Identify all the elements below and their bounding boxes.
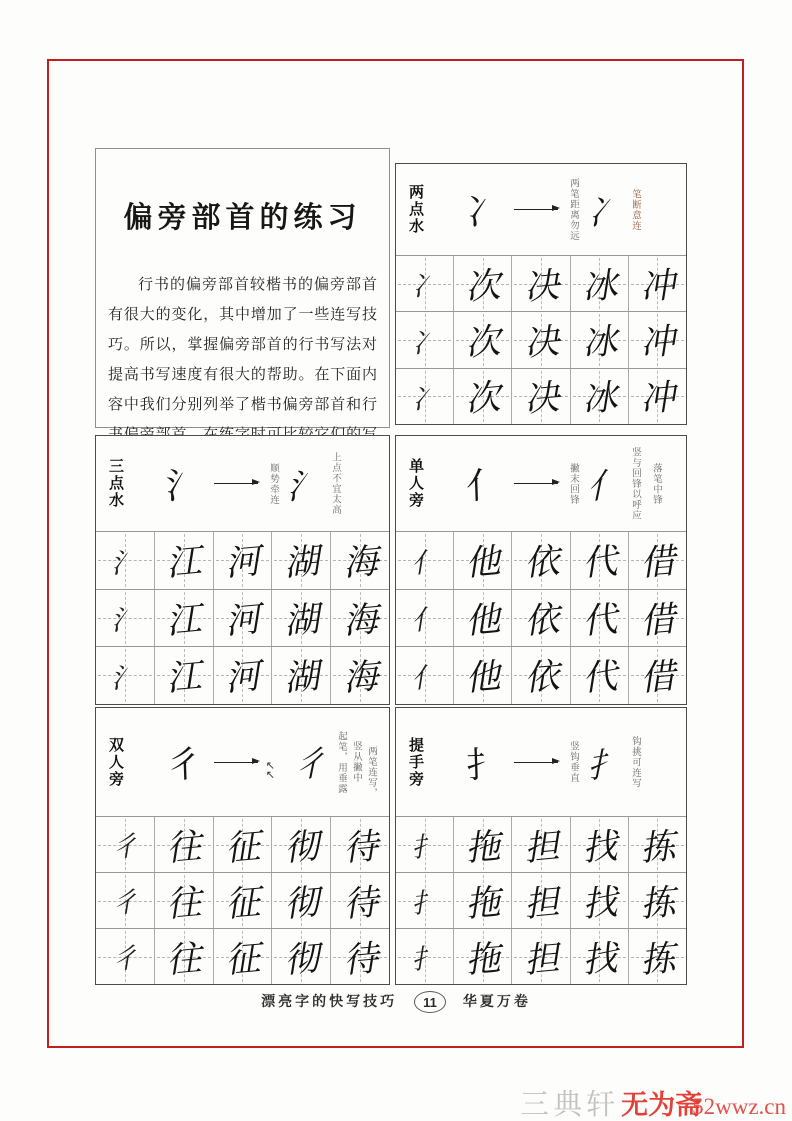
practice-character: 河	[223, 591, 262, 644]
character-cell: 征	[214, 929, 273, 984]
practice-character: 征	[223, 874, 262, 927]
practice-grid: 扌拖担找拣扌拖担找拣扌拖担找拣	[396, 816, 686, 984]
annotation-right: 起笔，用垂露	[336, 731, 347, 794]
practice-character: 扌	[409, 880, 439, 921]
practice-character: 次	[463, 370, 502, 423]
character-cell: 江	[155, 590, 214, 647]
practice-character: 冰	[580, 370, 619, 423]
character-cell: 他	[454, 647, 512, 704]
character-cell: 担	[512, 817, 570, 872]
xingshu-radical-demo: 彳	[292, 736, 326, 788]
practice-row: 彳往征彻待	[96, 816, 389, 872]
practice-row: 氵江河湖海	[96, 531, 389, 589]
practice-character: 湖	[282, 591, 321, 644]
practice-character: 冰	[580, 257, 619, 310]
watermark-studio-gray: 三典轩	[520, 1089, 619, 1121]
arrow-icon	[514, 209, 558, 210]
practice-row: 氵江河湖海	[96, 589, 389, 647]
practice-character: 海	[340, 649, 379, 702]
section-header: 单人旁 亻 撇末回锋 亻 竖与回锋以呼应 落笔中锋	[396, 436, 686, 531]
practice-character: 氵	[110, 540, 140, 581]
kaishu-radical-demo: 氵	[165, 457, 203, 509]
radical-label: 双人旁	[106, 737, 124, 788]
practice-character: 冲	[638, 314, 677, 367]
radical-cell: 扌	[396, 873, 454, 928]
character-cell: 找	[571, 929, 629, 984]
annotation-right: 落笔中锋	[651, 463, 662, 505]
practice-character: 他	[463, 591, 502, 644]
section-header: 两点水 冫 两笔距离勿远 冫 笔断意连	[396, 164, 686, 255]
xingshu-radical-demo: 冫	[586, 184, 620, 236]
character-cell: 待	[331, 929, 389, 984]
character-cell: 湖	[272, 590, 331, 647]
annotation-right: 上点不宜太高	[330, 452, 341, 515]
practice-character: 拖	[463, 818, 502, 871]
practice-character: 担	[521, 930, 560, 983]
section-shuangrenpang: 双人旁 彳 ↙↙ 彳 起笔，用垂露 竖从撇中 两笔连写， 彳往征彻待彳往征彻待彳…	[95, 707, 390, 985]
practice-row: 亻他依代借	[396, 531, 686, 589]
practice-character: 借	[638, 649, 677, 702]
character-cell: 海	[331, 590, 389, 647]
radical-cell: 冫	[396, 369, 454, 424]
arrow-icon	[214, 483, 258, 484]
practice-character: 河	[223, 649, 262, 702]
character-cell: 次	[454, 369, 512, 424]
character-cell: 代	[571, 590, 629, 647]
character-cell: 拣	[629, 817, 686, 872]
practice-character: 彻	[282, 930, 321, 983]
character-cell: 借	[629, 590, 686, 647]
practice-character: 亻	[409, 597, 439, 638]
radical-label: 单人旁	[406, 458, 424, 509]
character-cell: 待	[331, 817, 389, 872]
radical-cell: 冫	[396, 312, 454, 367]
practice-character: 次	[463, 257, 502, 310]
character-cell: 往	[155, 817, 214, 872]
character-cell: 决	[512, 369, 570, 424]
arrow-icon	[214, 762, 258, 763]
character-cell: 湖	[272, 532, 331, 589]
radical-cell: 亻	[396, 532, 454, 589]
section-header: 提手旁 扌 竖钩垂直 扌 钩挑可连写	[396, 708, 686, 816]
character-cell: 冰	[571, 369, 629, 424]
radical-label: 三点水	[106, 458, 124, 509]
character-cell: 冲	[629, 312, 686, 367]
character-cell: 海	[331, 647, 389, 704]
practice-row: 彳往征彻待	[96, 928, 389, 984]
practice-character: 待	[340, 818, 379, 871]
character-cell: 河	[214, 590, 273, 647]
practice-character: 彻	[282, 874, 321, 927]
character-cell: 拖	[454, 929, 512, 984]
practice-character: 依	[521, 591, 560, 644]
practice-character: 氵	[110, 655, 140, 696]
radical-cell: 扌	[396, 817, 454, 872]
practice-row: 扌拖担找拣	[396, 872, 686, 928]
annotation-right: 竖从撇中	[351, 741, 362, 783]
footer-series-title: 漂亮字的快写技巧	[261, 993, 397, 1009]
practice-character: 冰	[580, 314, 619, 367]
practice-row: 冫次决冰冲	[396, 311, 686, 367]
kaishu-radical-demo: 亻	[465, 457, 503, 509]
practice-character: 借	[638, 591, 677, 644]
practice-character: 依	[521, 534, 560, 587]
character-cell: 代	[571, 647, 629, 704]
watermark-site-url: 52wwz.cn	[692, 1094, 786, 1119]
practice-character: 代	[580, 591, 619, 644]
character-cell: 江	[155, 647, 214, 704]
annotation-right: 钩挑可连写	[630, 736, 641, 789]
character-cell: 找	[571, 817, 629, 872]
kaishu-radical-demo: 扌	[465, 736, 503, 788]
practice-character: 冲	[638, 257, 677, 310]
practice-row: 冫次决冰冲	[396, 255, 686, 311]
practice-character: 代	[580, 534, 619, 587]
practice-character: 亻	[409, 540, 439, 581]
practice-character: 彳	[110, 936, 140, 977]
practice-character: 他	[463, 649, 502, 702]
xingshu-radical-demo: 扌	[586, 736, 620, 788]
section-danrenpang: 单人旁 亻 撇末回锋 亻 竖与回锋以呼应 落笔中锋 亻他依代借亻他依代借亻他依代…	[395, 435, 687, 705]
practice-grid: 氵江河湖海氵江河湖海氵江河湖海	[96, 531, 389, 704]
radical-label: 提手旁	[406, 737, 424, 788]
arrow-icon	[514, 762, 558, 763]
practice-character: 亻	[409, 655, 439, 696]
practice-row: 氵江河湖海	[96, 646, 389, 704]
character-cell: 海	[331, 532, 389, 589]
radical-cell: 氵	[96, 647, 155, 704]
practice-row: 冫次决冰冲	[396, 368, 686, 424]
character-cell: 待	[331, 873, 389, 928]
practice-grid: 彳往征彻待彳往征彻待彳往征彻待	[96, 816, 389, 984]
practice-character: 拖	[463, 874, 502, 927]
character-cell: 河	[214, 647, 273, 704]
practice-row: 扌拖担找拣	[396, 816, 686, 872]
radical-label: 两点水	[406, 184, 424, 235]
practice-character: 次	[463, 314, 502, 367]
character-cell: 代	[571, 532, 629, 589]
character-cell: 拣	[629, 929, 686, 984]
practice-character: 湖	[282, 649, 321, 702]
radical-cell: 氵	[96, 590, 155, 647]
annotation-right: 竖与回锋以呼应	[630, 447, 641, 521]
section-tishoupang: 提手旁 扌 竖钩垂直 扌 钩挑可连写 扌拖担找拣扌拖担找拣扌拖担找拣	[395, 707, 687, 985]
character-cell: 拣	[629, 873, 686, 928]
character-cell: 他	[454, 532, 512, 589]
practice-character: 冫	[409, 376, 439, 417]
radical-cell: 彳	[96, 817, 155, 872]
practice-character: 找	[580, 874, 619, 927]
practice-row: 亻他依代借	[396, 646, 686, 704]
practice-character: 氵	[110, 597, 140, 638]
practice-grid: 冫次决冰冲冫次决冰冲冫次决冰冲	[396, 255, 686, 424]
practice-character: 海	[340, 591, 379, 644]
page-title: 偏旁部首的练习	[96, 195, 389, 236]
annotation-left: 竖钩垂直	[568, 741, 579, 783]
annotation-right: 笔断意连	[630, 189, 641, 231]
character-cell: 征	[214, 817, 273, 872]
practice-character: 依	[521, 649, 560, 702]
xingshu-radical-demo: 亻	[586, 458, 620, 510]
radical-cell: 彳	[96, 873, 155, 928]
practice-row: 亻他依代借	[396, 589, 686, 647]
practice-character: 征	[223, 930, 262, 983]
practice-character: 冫	[409, 263, 439, 304]
practice-character: 征	[223, 818, 262, 871]
character-cell: 征	[214, 873, 273, 928]
character-cell: 次	[454, 312, 512, 367]
scanned-book-page: 偏旁部首的练习 行书的偏旁部首较楷书的偏旁部首有很大的变化，其中增加了一些连写技…	[0, 0, 792, 1121]
character-cell: 依	[512, 647, 570, 704]
kaishu-radical-demo: 彳	[165, 736, 203, 788]
practice-character: 冫	[409, 319, 439, 360]
footer-publisher: 华夏万卷	[463, 993, 531, 1009]
character-cell: 江	[155, 532, 214, 589]
practice-row: 扌拖担找拣	[396, 928, 686, 984]
character-cell: 冰	[571, 256, 629, 311]
character-cell: 彻	[272, 817, 331, 872]
character-cell: 次	[454, 256, 512, 311]
practice-character: 他	[463, 534, 502, 587]
annotation-left: 顺势牵连	[268, 463, 279, 505]
character-cell: 河	[214, 532, 273, 589]
section-liangdianshui: 两点水 冫 两笔距离勿远 冫 笔断意连 冫次决冰冲冫次决冰冲冫次决冰冲	[395, 163, 687, 425]
annotation-left: 撇末回锋	[568, 463, 579, 505]
character-cell: 往	[155, 929, 214, 984]
character-cell: 决	[512, 312, 570, 367]
practice-character: 湖	[282, 534, 321, 587]
stroke-direction-arrows-icon: ↙↙	[264, 761, 275, 779]
practice-character: 找	[580, 930, 619, 983]
practice-character: 彳	[110, 880, 140, 921]
practice-character: 彻	[282, 818, 321, 871]
practice-character: 决	[521, 257, 560, 310]
practice-character: 待	[340, 874, 379, 927]
character-cell: 担	[512, 929, 570, 984]
page-number-badge: 11	[414, 991, 446, 1013]
practice-character: 决	[521, 370, 560, 423]
radical-cell: 亻	[396, 590, 454, 647]
character-cell: 借	[629, 532, 686, 589]
practice-character: 彳	[110, 824, 140, 865]
character-cell: 冲	[629, 256, 686, 311]
section-header: 三点水 氵 顺势牵连 氵 上点不宜太高	[96, 436, 389, 531]
page-footer: 漂亮字的快写技巧 11 华夏万卷	[0, 991, 792, 1013]
character-cell: 冲	[629, 369, 686, 424]
character-cell: 冰	[571, 312, 629, 367]
practice-character: 决	[521, 314, 560, 367]
character-cell: 他	[454, 590, 512, 647]
radical-cell: 氵	[96, 532, 155, 589]
intro-box: 偏旁部首的练习 行书的偏旁部首较楷书的偏旁部首有很大的变化，其中增加了一些连写技…	[95, 148, 390, 428]
practice-character: 待	[340, 930, 379, 983]
practice-character: 河	[223, 534, 262, 587]
practice-character: 拣	[638, 930, 677, 983]
character-cell: 依	[512, 590, 570, 647]
section-sandianshui: 三点水 氵 顺势牵连 氵 上点不宜太高 氵江河湖海氵江河湖海氵江河湖海	[95, 435, 390, 705]
character-cell: 借	[629, 647, 686, 704]
watermark-studio-red: 无为斋	[621, 1090, 702, 1120]
practice-grid: 亻他依代借亻他依代借亻他依代借	[396, 531, 686, 704]
character-cell: 彻	[272, 929, 331, 984]
practice-character: 往	[164, 874, 203, 927]
radical-cell: 彳	[96, 929, 155, 984]
practice-character: 担	[521, 818, 560, 871]
section-header: 双人旁 彳 ↙↙ 彳 起笔，用垂露 竖从撇中 两笔连写，	[96, 708, 389, 816]
annotation-right: 两笔连写，	[366, 746, 377, 799]
practice-character: 海	[340, 534, 379, 587]
character-cell: 依	[512, 532, 570, 589]
annotation-left: 两笔距离勿远	[568, 178, 579, 241]
practice-character: 往	[164, 818, 203, 871]
practice-character: 拣	[638, 818, 677, 871]
practice-character: 拣	[638, 874, 677, 927]
character-cell: 湖	[272, 647, 331, 704]
practice-row: 彳往征彻待	[96, 872, 389, 928]
arrow-icon	[514, 483, 558, 484]
practice-character: 担	[521, 874, 560, 927]
practice-character: 借	[638, 534, 677, 587]
practice-character: 江	[164, 649, 203, 702]
xingshu-radical-demo: 氵	[286, 458, 320, 510]
practice-character: 找	[580, 818, 619, 871]
character-cell: 彻	[272, 873, 331, 928]
practice-character: 扌	[409, 936, 439, 977]
practice-character: 拖	[463, 930, 502, 983]
practice-character: 江	[164, 534, 203, 587]
character-cell: 拖	[454, 817, 512, 872]
radical-cell: 扌	[396, 929, 454, 984]
practice-character: 往	[164, 930, 203, 983]
character-cell: 决	[512, 256, 570, 311]
kaishu-radical-demo: 冫	[465, 183, 503, 235]
radical-cell: 亻	[396, 647, 454, 704]
character-cell: 找	[571, 873, 629, 928]
character-cell: 担	[512, 873, 570, 928]
practice-character: 江	[164, 591, 203, 644]
practice-character: 冲	[638, 370, 677, 423]
watermark: 三典轩 无为斋 52wwz.cn	[520, 1082, 786, 1121]
character-cell: 拖	[454, 873, 512, 928]
practice-character: 代	[580, 649, 619, 702]
radical-cell: 冫	[396, 256, 454, 311]
character-cell: 往	[155, 873, 214, 928]
practice-character: 扌	[409, 824, 439, 865]
